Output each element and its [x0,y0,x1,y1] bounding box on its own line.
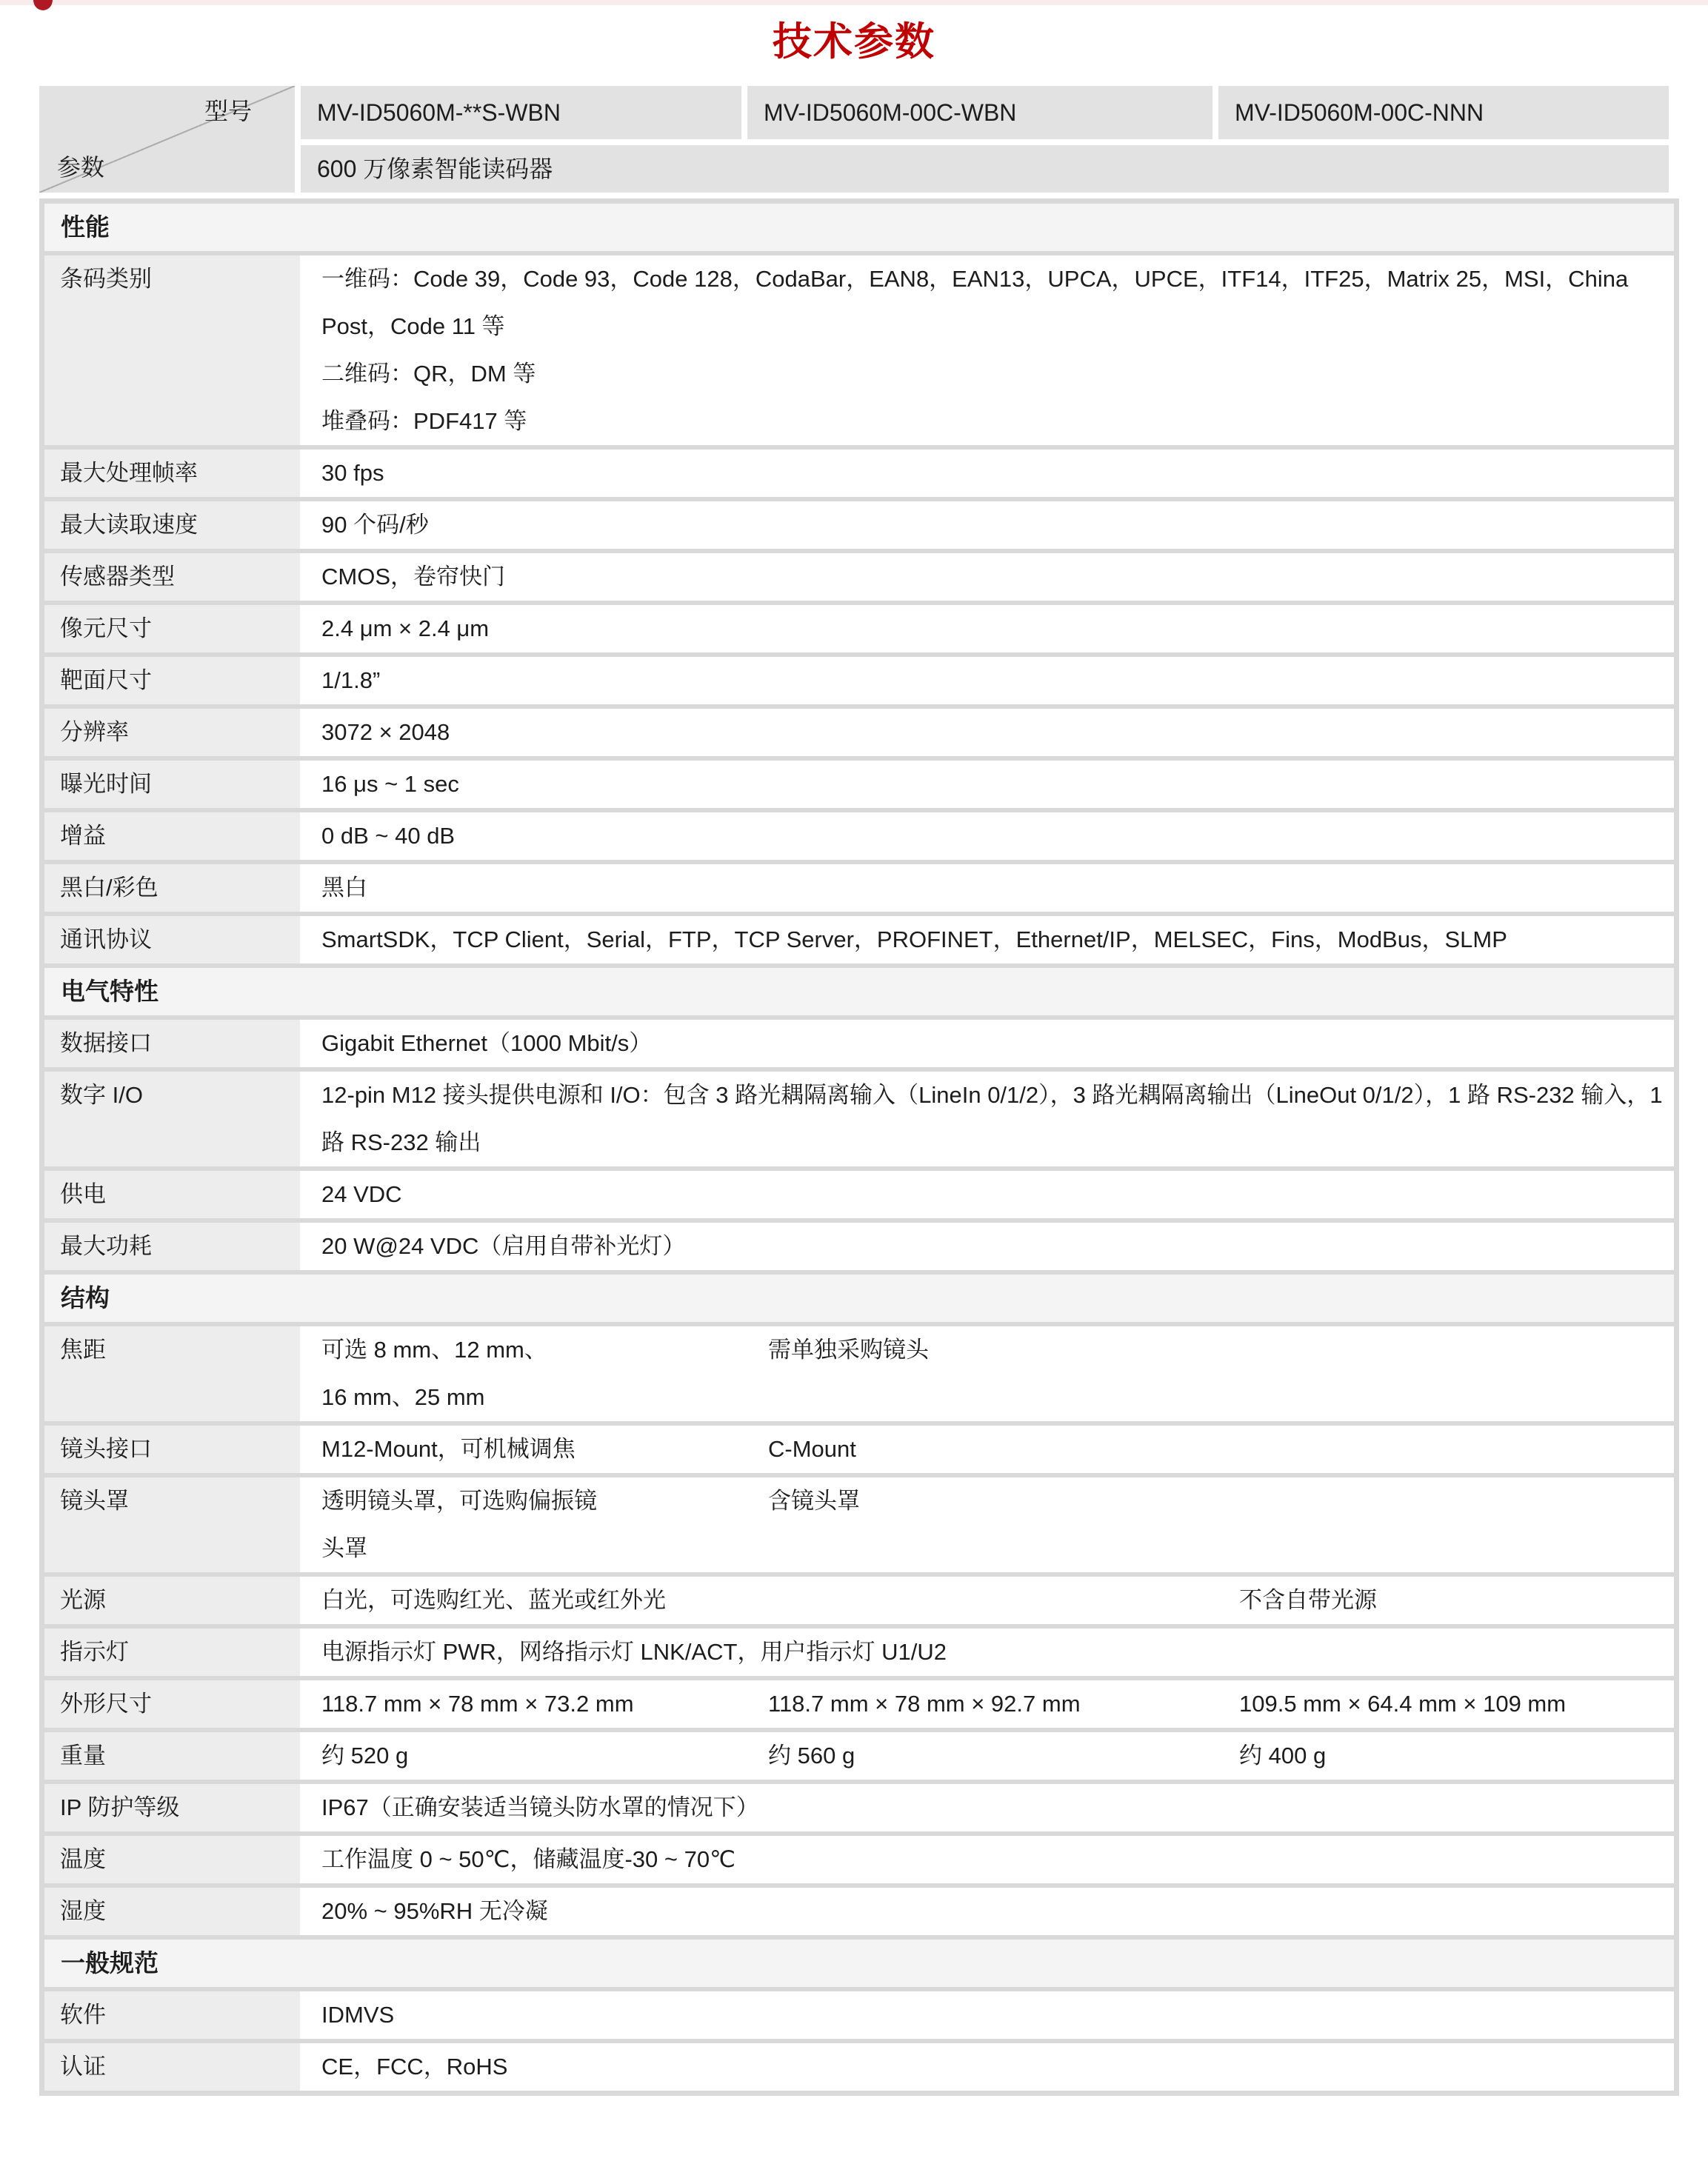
spec-label-cell: 最大读取速度 [44,501,300,549]
spec-label-cell: 黑白/彩色 [44,864,300,912]
spec-value-cell: 不含自带光源 [1224,1577,1674,1624]
spec-row: 指示灯电源指示灯 PWR，网络指示灯 LNK/ACT，用户指示灯 U1/U2 [44,1624,1674,1676]
spec-value-cell: M12-Mount，可机械调焦 [306,1426,747,1473]
spec-row: 条码类别一维码：Code 39，Code 93，Code 128，CodaBar… [44,251,1674,445]
spec-value-cell: 工作温度 0 ~ 50℃，储藏温度-30 ~ 70℃ [306,1836,1674,1883]
spec-value-cell: Gigabit Ethernet（1000 Mbit/s） [306,1020,1674,1067]
spec-value-cell: 需单独采购镜头 [753,1326,1674,1421]
spec-row: 焦距可选 8 mm、12 mm、 16 mm、25 mm需单独采购镜头 [44,1322,1674,1421]
spec-row: 数据接口Gigabit Ethernet（1000 Mbit/s） [44,1015,1674,1067]
spec-value-cell: SmartSDK，TCP Client，Serial，FTP，TCP Serve… [306,916,1674,963]
spec-value-cell: 黑白 [306,864,1674,912]
spec-row: 最大处理帧率30 fps [44,445,1674,497]
spec-label-cell: 分辨率 [44,709,300,756]
section-header-row: 性能 [44,204,1674,251]
spec-value-cell: 30 fps [306,450,1674,497]
spec-label-cell: 镜头罩 [44,1477,300,1572]
spec-value-cell: 20 W@24 VDC（启用自带补光灯） [306,1223,1674,1270]
spec-value-cell: 约 400 g [1224,1732,1674,1780]
spec-value-cell: C-Mount [753,1426,1674,1473]
spec-label-cell: 指示灯 [44,1629,300,1676]
spec-label-cell: 焦距 [44,1326,300,1421]
spec-value-cell: 约 560 g [753,1732,1218,1780]
spec-row: 最大功耗20 W@24 VDC（启用自带补光灯） [44,1218,1674,1270]
spec-row: 数字 I/O12-pin M12 接头提供电源和 I/O：包含 3 路光耦隔离输… [44,1067,1674,1166]
spec-value-cell: CE，FCC，RoHS [306,2043,1674,2091]
column-header-model: MV-ID5060M-00C-WBN [747,86,1212,139]
spec-label-cell: 曝光时间 [44,761,300,808]
spec-label-cell: 光源 [44,1577,300,1624]
spec-label-cell: 最大功耗 [44,1223,300,1270]
spec-label-cell: 数据接口 [44,1020,300,1067]
page-title: 技术参数 [0,10,1708,67]
spec-row: 温度工作温度 0 ~ 50℃，储藏温度-30 ~ 70℃ [44,1831,1674,1883]
spec-row: IP 防护等级IP67（正确安装适当镜头防水罩的情况下） [44,1780,1674,1831]
spec-value-cell: 24 VDC [306,1171,1674,1218]
spec-value-cell: IP67（正确安装适当镜头防水罩的情况下） [306,1784,1674,1831]
spec-label-cell: 软件 [44,1991,300,2039]
spec-row: 镜头罩透明镜头罩，可选购偏振镜 头罩含镜头罩 [44,1473,1674,1572]
spec-value-cell: 0 dB ~ 40 dB [306,812,1674,860]
spec-value-cell: 12-pin M12 接头提供电源和 I/O：包含 3 路光耦隔离输入（Line… [306,1072,1674,1166]
spec-label-cell: 供电 [44,1171,300,1218]
spec-row: 最大读取速度90 个码/秒 [44,497,1674,549]
spec-value-cell: 电源指示灯 PWR，网络指示灯 LNK/ACT，用户指示灯 U1/U2 [306,1629,1674,1676]
spec-row: 供电24 VDC [44,1166,1674,1218]
spec-label-cell: 传感器类型 [44,553,300,601]
spec-label-cell: 认证 [44,2043,300,2091]
spec-label-cell: 外形尺寸 [44,1680,300,1728]
spec-value-cell: 可选 8 mm、12 mm、 16 mm、25 mm [306,1326,747,1421]
spec-row: 传感器类型CMOS，卷帘快门 [44,549,1674,601]
header-corner-cell: 型号 参数 [39,86,295,193]
column-header-model: MV-ID5060M-**S-WBN [301,86,741,139]
spec-label-cell: 条码类别 [44,255,300,445]
spec-label-cell: 像元尺寸 [44,605,300,652]
spec-row: 湿度20% ~ 95%RH 无冷凝 [44,1883,1674,1935]
spec-value-cell: 约 520 g [306,1732,747,1780]
spec-label-cell: 增益 [44,812,300,860]
spec-row: 认证CE，FCC，RoHS [44,2039,1674,2091]
section-header-row: 一般规范 [44,1935,1674,1987]
spec-row: 通讯协议SmartSDK，TCP Client，Serial，FTP，TCP S… [44,912,1674,963]
spec-value-cell: 3072 × 2048 [306,709,1674,756]
spec-value-cell: 109.5 mm × 64.4 mm × 109 mm [1224,1680,1674,1728]
spec-label-cell: 温度 [44,1836,300,1883]
spec-value-cell: 透明镜头罩，可选购偏振镜 头罩 [306,1477,747,1572]
spec-label-cell: 湿度 [44,1888,300,1935]
logo-fragment-icon [33,0,53,10]
spec-row: 软件IDMVS [44,1987,1674,2039]
spec-header: 型号 参数 MV-ID5060M-**S-WBNMV-ID5060M-00C-W… [39,86,1669,193]
spec-row: 靶面尺寸1/1.8” [44,652,1674,704]
spec-row: 分辨率3072 × 2048 [44,704,1674,756]
spec-row: 重量约 520 g约 560 g约 400 g [44,1728,1674,1780]
column-header-model: MV-ID5060M-00C-NNN [1218,86,1669,139]
spec-value-cell: 118.7 mm × 78 mm × 92.7 mm [753,1680,1218,1728]
spec-row: 曝光时间16 μs ~ 1 sec [44,756,1674,808]
spec-label-cell: 通讯协议 [44,916,300,963]
page-top-band [0,0,1708,5]
header-corner-bottom-label: 参数 [57,154,104,181]
spec-value-cell: 一维码：Code 39，Code 93，Code 128，CodaBar，EAN… [306,255,1674,445]
spec-label-cell: 镜头接口 [44,1426,300,1473]
spec-value-cell: 1/1.8” [306,657,1674,704]
product-subtitle-cell: 600 万像素智能读码器 [301,145,1669,193]
section-header-row: 结构 [44,1270,1674,1322]
spec-value-cell: CMOS，卷帘快门 [306,553,1674,601]
spec-label-cell: 重量 [44,1732,300,1780]
spec-value-cell: 16 μs ~ 1 sec [306,761,1674,808]
header-corner-top-label: 型号 [204,98,252,124]
spec-label-cell: IP 防护等级 [44,1784,300,1831]
spec-value-cell: IDMVS [306,1991,1674,2039]
spec-value-cell: 含镜头罩 [753,1477,1674,1572]
spec-value-cell: 白光，可选购红光、蓝光或红外光 [306,1577,1218,1624]
spec-label-cell: 最大处理帧率 [44,450,300,497]
spec-label-cell: 数字 I/O [44,1072,300,1166]
spec-value-cell: 20% ~ 95%RH 无冷凝 [306,1888,1674,1935]
spec-row: 光源白光，可选购红光、蓝光或红外光不含自带光源 [44,1572,1674,1624]
spec-value-cell: 118.7 mm × 78 mm × 73.2 mm [306,1680,747,1728]
spec-row: 外形尺寸118.7 mm × 78 mm × 73.2 mm118.7 mm ×… [44,1676,1674,1728]
spec-label-cell: 靶面尺寸 [44,657,300,704]
spec-value-cell: 90 个码/秒 [306,501,1674,549]
spec-row: 黑白/彩色黑白 [44,860,1674,912]
section-header-row: 电气特性 [44,963,1674,1015]
spec-row: 增益0 dB ~ 40 dB [44,808,1674,860]
spec-row: 镜头接口M12-Mount，可机械调焦C-Mount [44,1421,1674,1473]
spec-value-cell: 2.4 μm × 2.4 μm [306,605,1674,652]
spec-row: 像元尺寸2.4 μm × 2.4 μm [44,601,1674,652]
spec-table: 性能条码类别一维码：Code 39，Code 93，Code 128，CodaB… [39,198,1679,2096]
